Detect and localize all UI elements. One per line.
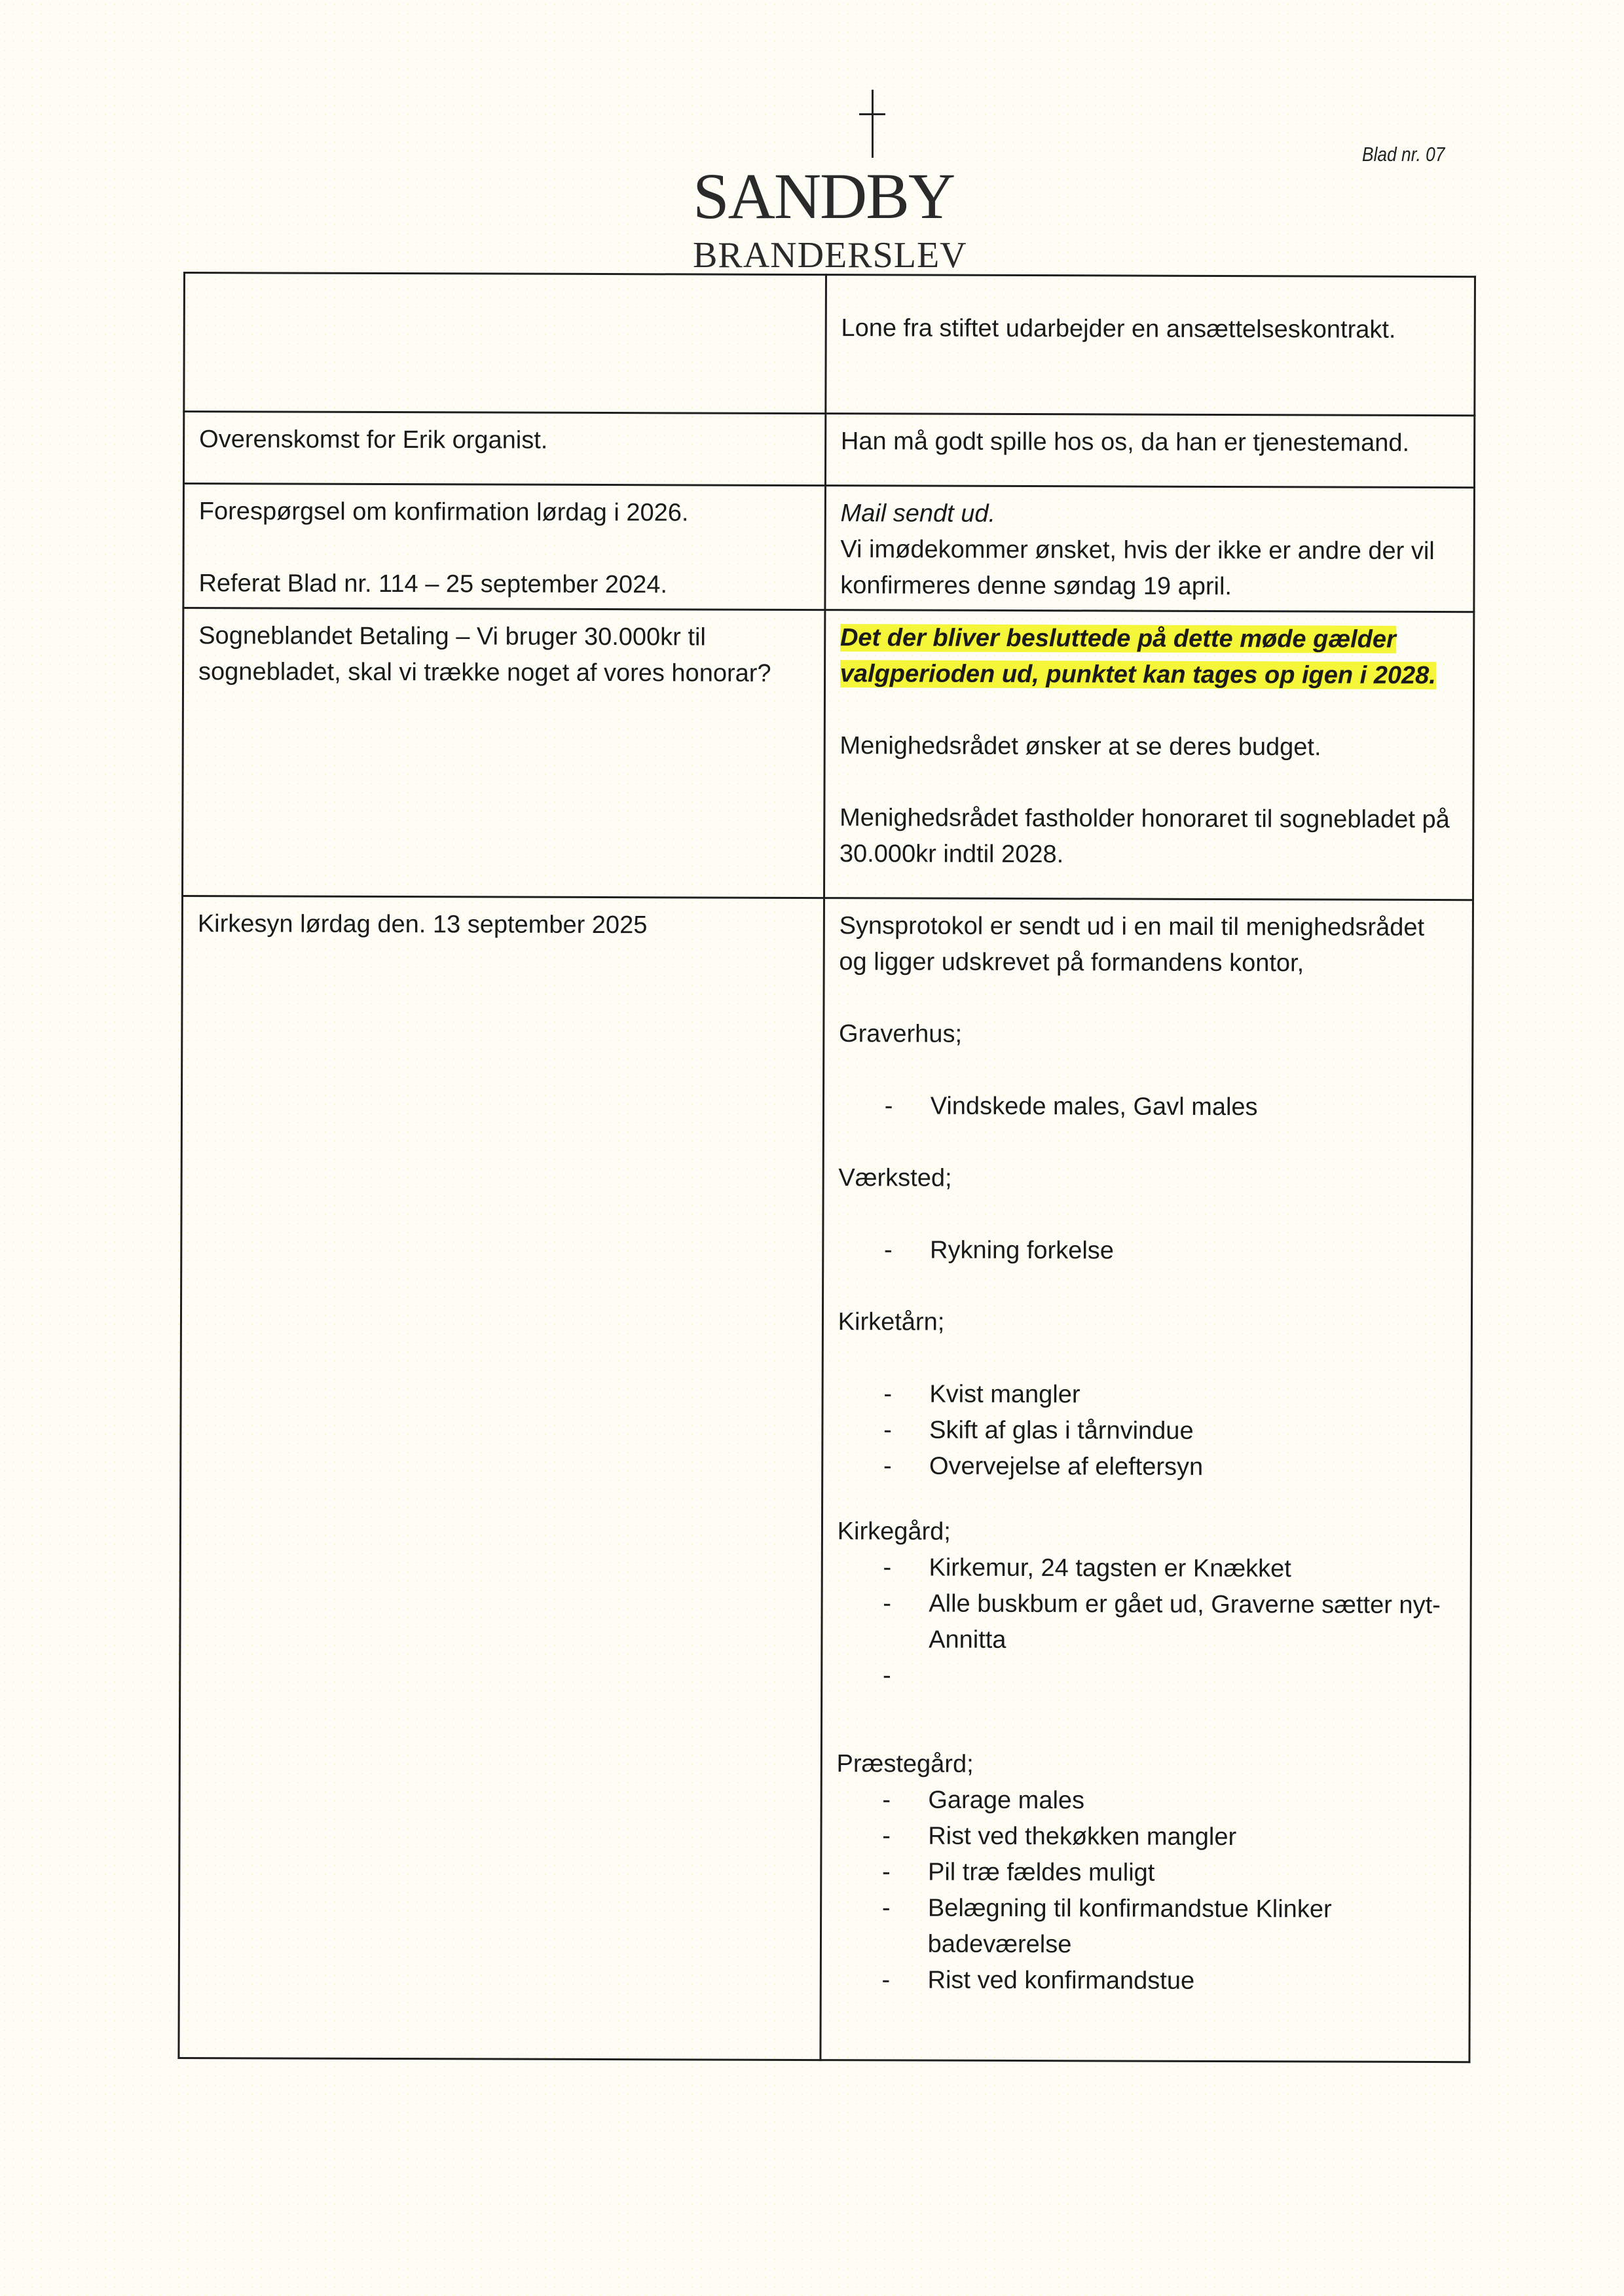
agenda-cell: Forespørgsel om konfirmation lørdag i 20… [183, 484, 825, 610]
list-item: Vindskede males, Gavl males [885, 1088, 1457, 1126]
list-item: Garage males [882, 1782, 1454, 1820]
section-title: Graverhus; [839, 1016, 1457, 1054]
section-title: Værksted; [838, 1160, 1456, 1198]
list-item: Overvejelse af eleftersyn [883, 1448, 1456, 1486]
list-item: Pil træ fældes muligt [882, 1854, 1454, 1892]
agenda-cell: Sogneblandet Betaling – Vi bruger 30.000… [183, 608, 825, 898]
list-item: Belægning til konfirmandstue Klinker bad… [882, 1890, 1455, 1964]
list-item: Rist ved thekøkken mangler [882, 1818, 1454, 1856]
decision-text: Lone fra stiftet udarbejder en ansættels… [841, 311, 1459, 347]
decision-cell: Han må godt spille hos os, da han er tje… [825, 414, 1475, 488]
table-row: Lone fra stiftet udarbejder en ansættels… [184, 273, 1475, 416]
decision-text: Menighedsrådet ønsker at se deres budget… [840, 728, 1458, 766]
decision-cell: Lone fra stiftet udarbejder en ansættels… [826, 275, 1475, 416]
section-title: Kirkegård; [838, 1514, 1456, 1552]
section-title: Præstegård; [836, 1746, 1454, 1784]
decision-text: Synsprotokol er sendt ud i en mail til m… [839, 908, 1458, 982]
agenda-cell: Overenskomst for Erik organist. [183, 412, 825, 486]
decision-text: Menighedsrådet fastholder honoraret til … [840, 800, 1458, 874]
section-title: Kirketårn; [838, 1304, 1456, 1342]
page-number: Blad nr. 07 [1362, 143, 1445, 166]
bullet-list: Garage malesRist ved thekøkken manglerPi… [836, 1782, 1454, 2000]
bullet-list: Rykning forkelse [838, 1232, 1456, 1270]
agenda-text: Forespørgsel om konfirmation lørdag i 20… [199, 494, 810, 532]
list-item: Rykning forkelse [884, 1232, 1456, 1270]
agenda-cell [184, 273, 826, 414]
decision-note: Mail sendt ud. [840, 496, 1458, 534]
cross-icon [859, 90, 885, 158]
table-row: Forespørgsel om konfirmation lørdag i 20… [183, 484, 1475, 612]
list-item: Skift af glas i tårnvindue [883, 1412, 1456, 1450]
list-item: Rist ved konfirmandstue [881, 1962, 1454, 2000]
decision-cell: Synsprotokol er sendt ud i en mail til m… [821, 898, 1473, 2062]
agenda-cell: Kirkesyn lørdag den. 13 september 2025 [179, 896, 824, 2060]
table-row: Kirkesyn lørdag den. 13 september 2025 S… [179, 896, 1473, 2062]
table-row: Sogneblandet Betaling – Vi bruger 30.000… [183, 608, 1474, 900]
bullet-list: Kvist manglerSkift af glas i tårnvindueO… [838, 1376, 1456, 1486]
decision-text: Vi imødekommer ønsket, hvis der ikke er … [840, 532, 1459, 606]
list-item [883, 1658, 1455, 1696]
list-item: Kvist mangler [883, 1376, 1456, 1414]
minutes-table: Lone fra stiftet udarbejder en ansættels… [177, 272, 1476, 2063]
list-item: Kirkemur, 24 tagsten er Knækket [883, 1550, 1455, 1588]
bullet-list: Vindskede males, Gavl males [839, 1088, 1457, 1126]
brand-subtitle: BRANDERSLEV [693, 237, 1060, 272]
decision-cell: Det der bliver besluttede på dette møde … [824, 610, 1474, 900]
list-item: Alle buskbum er gået ud, Graverne sætter… [883, 1586, 1456, 1660]
inspection-sections: Graverhus;Vindskede males, Gavl malesVær… [836, 980, 1457, 2000]
agenda-reference: Referat Blad nr. 114 – 25 september 2024… [198, 566, 809, 604]
table-row: Overenskomst for Erik organist. Han må g… [183, 412, 1474, 488]
brand-title: SANDBY [693, 164, 1060, 229]
highlighted-decision: Det der bliver besluttede på dette møde … [840, 624, 1436, 689]
bullet-list: Kirkemur, 24 tagsten er KnækketAlle busk… [837, 1550, 1456, 1696]
decision-cell: Mail sendt ud. Vi imødekommer ønsket, hv… [825, 486, 1475, 612]
